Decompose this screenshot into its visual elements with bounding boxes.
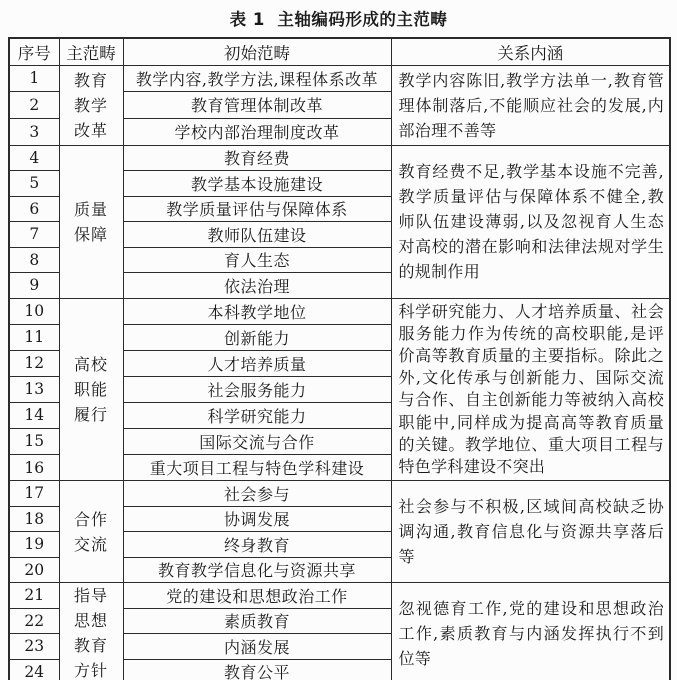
- initial-category-cell: 教学质量评估与保障体系: [123, 196, 391, 222]
- relation-cell: 教育经费不足,教学基本设施不完善,教学质量评估与保障体系不健全,教师队伍建设薄弱…: [391, 145, 670, 298]
- row-number-cell: 21: [9, 583, 59, 609]
- row-number-cell: 4: [9, 145, 59, 171]
- initial-category-cell: 终身教育: [123, 532, 391, 558]
- row-number-cell: 1: [9, 65, 59, 92]
- initial-category-cell: 育人生态: [123, 247, 391, 273]
- row-number-cell: 2: [9, 92, 59, 119]
- initial-category-cell: 教育经费: [123, 145, 391, 171]
- row-number-cell: 9: [9, 273, 59, 299]
- header-number: 序号: [9, 38, 59, 65]
- row-number-cell: 5: [9, 171, 59, 197]
- row-number-cell: 6: [9, 196, 59, 222]
- initial-category-cell: 协调发展: [123, 506, 391, 532]
- initial-category-cell: 教育教学信息化与资源共享: [123, 557, 391, 583]
- row-number-cell: 7: [9, 222, 59, 248]
- initial-category-cell: 社会服务能力: [123, 376, 391, 402]
- initial-category-cell: 内涵发展: [123, 634, 391, 660]
- header-relation: 关系内涵: [391, 38, 670, 65]
- table-row: 21 指导 思想 教育 方针 党的建设和思想政治工作 忽视德育工作,党的建设和思…: [9, 583, 670, 609]
- initial-category-cell: 依法治理: [123, 273, 391, 299]
- table-row: 4 质量 保障 教育经费 教育经费不足,教学基本设施不完善,教学质量评估与保障体…: [9, 145, 670, 171]
- initial-category-cell: 本科教学地位: [123, 298, 391, 324]
- row-number-cell: 15: [9, 428, 59, 454]
- table-title: 表 1 主轴编码形成的主范畴: [0, 0, 677, 30]
- initial-category-cell: 重大项目工程与特色学科建设: [123, 454, 391, 480]
- row-number-cell: 10: [9, 298, 59, 324]
- relation-cell: 教学内容陈旧,教学方法单一,教育管理体制落后,不能顺应社会的发展,内部治理不善等: [391, 65, 670, 145]
- relation-cell: 科学研究能力、人才培养质量、社会服务能力作为传统的高校职能,是评价高等教育质量的…: [391, 298, 670, 481]
- initial-category-cell: 人才培养质量: [123, 350, 391, 376]
- initial-category-cell: 创新能力: [123, 324, 391, 350]
- row-number-cell: 20: [9, 557, 59, 583]
- table-header-row: 序号 主范畴 初始范畴 关系内涵: [9, 38, 670, 65]
- row-number-cell: 14: [9, 402, 59, 428]
- header-main-category: 主范畴: [59, 38, 123, 65]
- row-number-cell: 13: [9, 376, 59, 402]
- row-number-cell: 17: [9, 481, 59, 507]
- initial-category-cell: 教育公平: [123, 659, 391, 680]
- initial-category-cell: 教学内容,教学方法,课程体系改革: [123, 65, 391, 92]
- initial-category-cell: 学校内部治理制度改革: [123, 118, 391, 145]
- scanned-paper-table-page: 表 1 主轴编码形成的主范畴 序号 主范畴 初始范畴 关系内涵 1 教育 教学 …: [0, 0, 677, 680]
- category-cell: 高校 职能 履行: [59, 298, 123, 481]
- row-number-cell: 22: [9, 608, 59, 634]
- row-number-cell: 8: [9, 247, 59, 273]
- relation-cell: 忽视德育工作,党的建设和思想政治工作,素质教育与内涵发挥执行不到位等: [391, 583, 670, 680]
- category-cell: 指导 思想 教育 方针: [59, 583, 123, 680]
- table-row: 10 高校 职能 履行 本科教学地位 科学研究能力、人才培养质量、社会服务能力作…: [9, 298, 670, 324]
- row-number-cell: 24: [9, 659, 59, 680]
- row-number-cell: 11: [9, 324, 59, 350]
- row-number-cell: 16: [9, 454, 59, 480]
- category-cell: 质量 保障: [59, 145, 123, 298]
- row-number-cell: 18: [9, 506, 59, 532]
- initial-category-cell: 党的建设和思想政治工作: [123, 583, 391, 609]
- initial-category-cell: 教学基本设施建设: [123, 171, 391, 197]
- initial-category-cell: 社会参与: [123, 481, 391, 507]
- row-number-cell: 3: [9, 118, 59, 145]
- row-number-cell: 19: [9, 532, 59, 558]
- axial-coding-table: 序号 主范畴 初始范畴 关系内涵 1 教育 教学 改革 教学内容,教学方法,课程…: [8, 37, 671, 680]
- row-number-cell: 23: [9, 634, 59, 660]
- initial-category-cell: 科学研究能力: [123, 402, 391, 428]
- row-number-cell: 12: [9, 350, 59, 376]
- header-initial-category: 初始范畴: [123, 38, 391, 65]
- initial-category-cell: 教师队伍建设: [123, 222, 391, 248]
- category-cell: 合作 交流: [59, 481, 123, 583]
- initial-category-cell: 国际交流与合作: [123, 428, 391, 454]
- initial-category-cell: 素质教育: [123, 608, 391, 634]
- initial-category-cell: 教育管理体制改革: [123, 92, 391, 119]
- table-row: 1 教育 教学 改革 教学内容,教学方法,课程体系改革 教学内容陈旧,教学方法单…: [9, 65, 670, 92]
- category-cell: 教育 教学 改革: [59, 65, 123, 145]
- table-row: 17 合作 交流 社会参与 社会参与不积极,区域间高校缺乏协调沟通,教育信息化与…: [9, 481, 670, 507]
- relation-cell: 社会参与不积极,区域间高校缺乏协调沟通,教育信息化与资源共享落后等: [391, 481, 670, 583]
